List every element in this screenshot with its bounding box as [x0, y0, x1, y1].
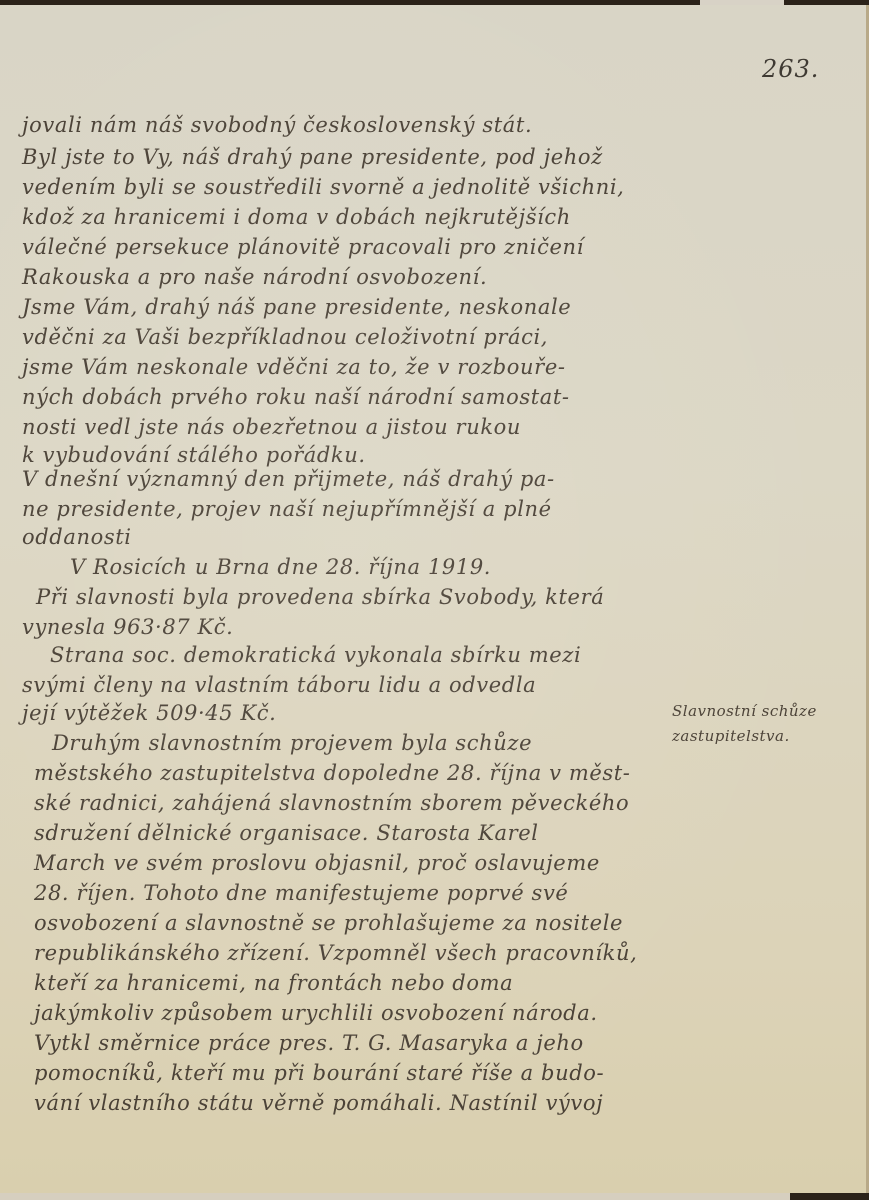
- dateline: V Rosicích u Brna dne 28. října 1919.: [70, 555, 491, 579]
- text-line: vedením byli se soustředili svorně a jed…: [22, 175, 624, 199]
- text-line: sdružení dělnické organisace. Starosta K…: [34, 821, 539, 845]
- text-line: ne presidente, projev naší nejupřímnější…: [22, 497, 552, 521]
- text-line: 28. říjen. Tohoto dne manifestujeme popr…: [34, 881, 568, 905]
- text-line: V dnešní významný den přijmete, náš drah…: [22, 467, 555, 491]
- text-line: Vytkl směrnice práce pres. T. G. Masaryk…: [34, 1031, 584, 1055]
- text-line: vynesla 963·87 Kč.: [22, 615, 233, 639]
- text-line: Rakouska a pro naše národní osvobození.: [22, 265, 487, 289]
- margin-note: Slavnostní schůze: [672, 702, 817, 720]
- text-line: osvobození a slavnostně se prohlašujeme …: [34, 911, 623, 935]
- scan-border-bottom-light: [0, 1192, 790, 1200]
- text-line: vděčni za Vaši bezpříkladnou celoživotní…: [22, 325, 548, 349]
- text-line: svými členy na vlastním táboru lidu a od…: [22, 673, 536, 697]
- text-line: Byl jste to Vy, náš drahý pane president…: [22, 145, 603, 169]
- text-line: nosti vedl jste nás obezřetnou a jistou …: [22, 415, 521, 439]
- text-line: pomocníků, kteří mu při bourání staré ří…: [34, 1061, 604, 1085]
- text-line: Při slavnosti byla provedena sbírka Svob…: [36, 585, 604, 609]
- text-line: Druhým slavnostním projevem byla schůze: [52, 731, 532, 755]
- page-number: 263.: [762, 55, 819, 83]
- text-line: k vybudování stálého pořádku.: [22, 443, 366, 467]
- text-line: republikánského zřízení. Vzpomněl všech …: [34, 941, 637, 965]
- text-line: Strana soc. demokratická vykonala sbírku…: [50, 643, 581, 667]
- text-line: March ve svém proslovu objasnil, proč os…: [34, 851, 600, 875]
- text-line: ných dobách prvého roku naší národní sam…: [22, 385, 570, 409]
- text-line: oddanosti: [22, 525, 132, 549]
- text-line: vání vlastního státu věrně pomáhali. Nas…: [34, 1091, 603, 1115]
- text-line: její výtěžek 509·45 Kč.: [22, 701, 276, 725]
- text-line: Jsme Vám, drahý náš pane presidente, nes…: [22, 295, 571, 319]
- text-line: jovali nám náš svobodný československý s…: [22, 113, 532, 137]
- text-line: jakýmkoliv způsobem urychlili osvobození…: [34, 1001, 598, 1025]
- margin-note: zastupitelstva.: [672, 727, 790, 745]
- scanned-page: 263. jovali nám náš svobodný českosloven…: [0, 0, 869, 1200]
- text-line: kteří za hranicemi, na frontách nebo dom…: [34, 971, 513, 995]
- text-line: jsme Vám neskonale vděčni za to, že v ro…: [22, 355, 566, 379]
- text-line: válečné persekuce plánovitě pracovali pr…: [22, 235, 584, 259]
- text-line: městského zastupitelstva dopoledne 28. ř…: [34, 761, 631, 785]
- text-line: ské radnici, zahájená slavnostním sborem…: [34, 791, 629, 815]
- text-line: kdož za hranicemi i doma v dobách nejkru…: [22, 205, 571, 229]
- chronicle-page: 263. jovali nám náš svobodný českosloven…: [0, 5, 869, 1193]
